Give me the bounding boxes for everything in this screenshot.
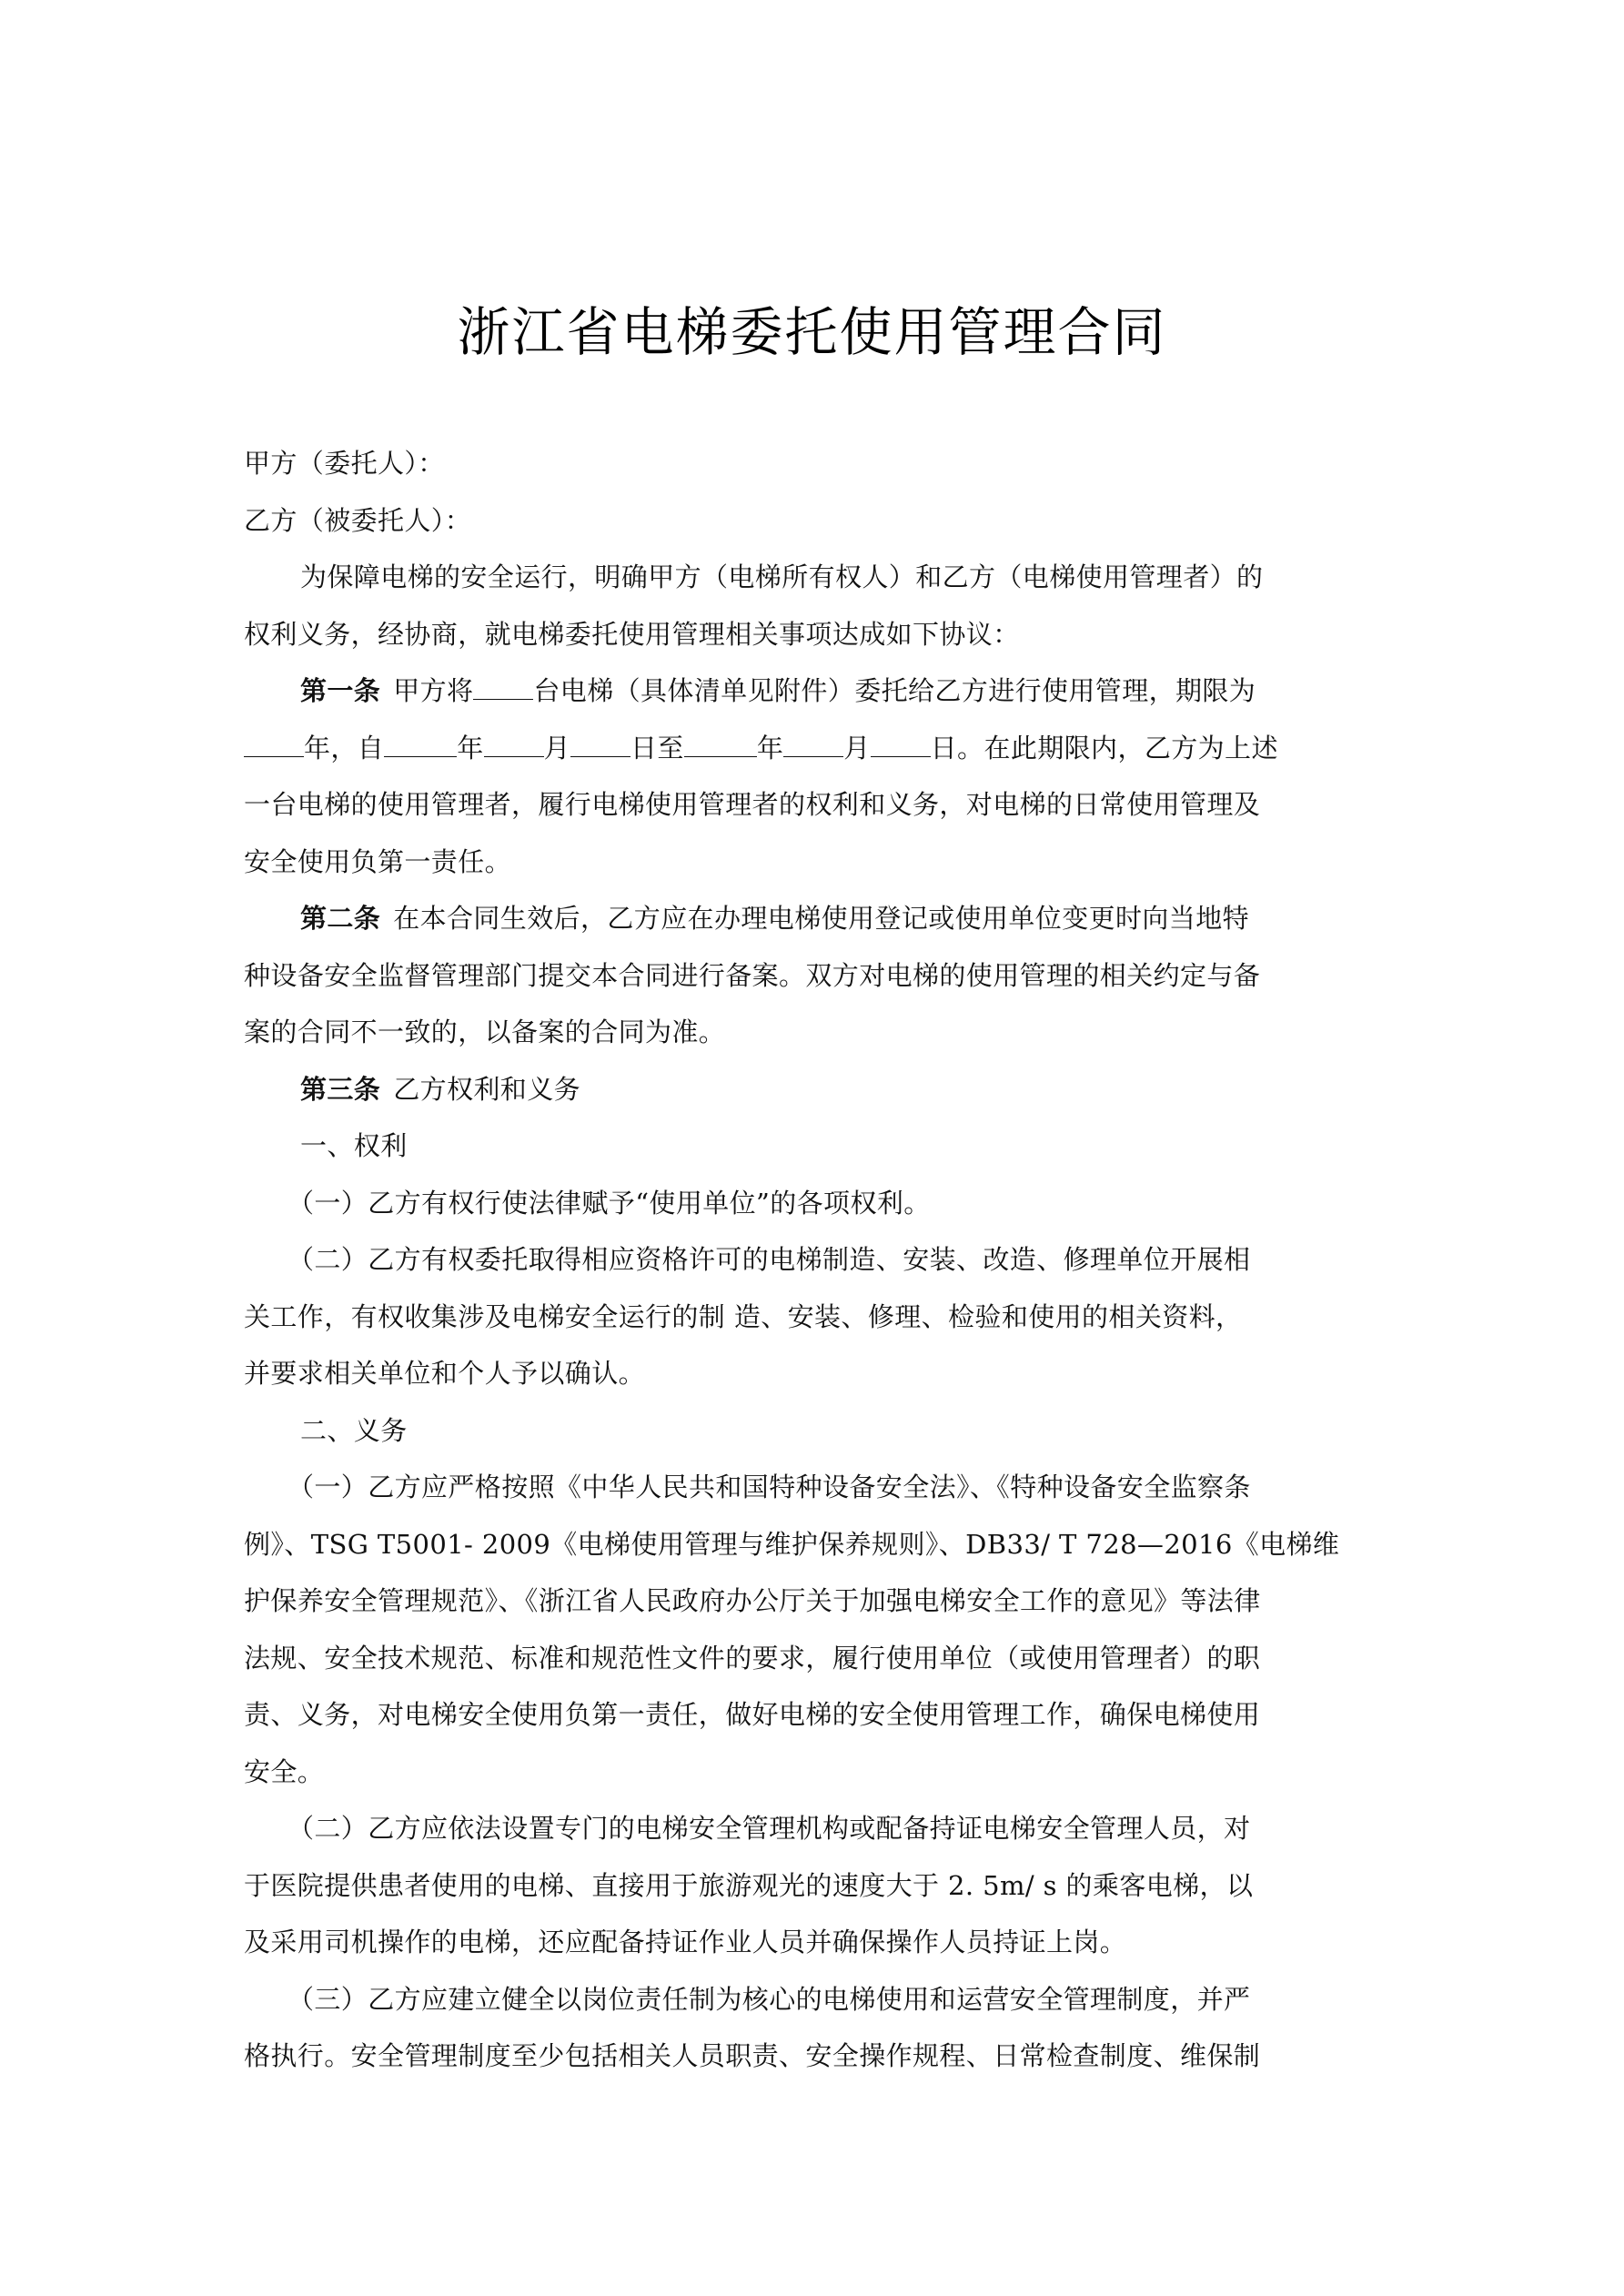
- duties-item-line: 格执行。安全管理制度至少包括相关人员职责、安全操作规程、日常检查制度、维保制: [244, 2028, 1381, 2085]
- article3-line: 第三条乙方权利和义务: [244, 1061, 1381, 1118]
- article2-line: 种设备安全监督管理部门提交本合同进行备案。双方对电梯的使用管理的相关约定与备: [244, 947, 1381, 1005]
- start-day-blank[interactable]: [570, 734, 630, 757]
- document-body: 甲方（委托人）： 乙方（被委托人）： 为保障电梯的安全运行，明确甲方（电梯所有权…: [244, 435, 1381, 2085]
- article1-heading: 第一条: [300, 675, 380, 706]
- party-b-line: 乙方（被委托人）：: [244, 492, 1381, 550]
- article3-heading: 第三条: [300, 1074, 380, 1105]
- start-month-blank[interactable]: [484, 734, 544, 757]
- article1-line: 第一条甲方将台电梯（具体清单见附件）委托给乙方进行使用管理，期限为: [244, 663, 1381, 720]
- duties-item-line: 法规、安全技术规范、标准和规范性文件的要求，履行使用单位（或使用管理者）的职: [244, 1630, 1381, 1687]
- article1-line: 一台电梯的使用管理者，履行电梯使用管理者的权利和义务，对电梯的日常使用管理及: [244, 776, 1381, 834]
- end-month-blank[interactable]: [783, 734, 843, 757]
- elevator-count-blank[interactable]: [473, 677, 533, 700]
- term-years-blank[interactable]: [244, 734, 304, 757]
- duties-item-line: 安全。: [244, 1744, 1381, 1801]
- duties-item-line: 及采用司机操作的电梯，还应配备持证作业人员并确保操作人员持证上岗。: [244, 1914, 1381, 1971]
- article1-line: 安全使用负第一责任。: [244, 834, 1381, 891]
- preamble-line: 为保障电梯的安全运行，明确甲方（电梯所有权人）和乙方（电梯使用管理者）的: [244, 549, 1381, 606]
- article2-heading: 第二条: [300, 903, 380, 934]
- duties-item-line: （一）乙方应严格按照《中华人民共和国特种设备安全法》、《特种设备安全监察条: [244, 1459, 1381, 1516]
- end-day-blank[interactable]: [871, 734, 931, 757]
- preamble-line: 权利义务，经协商，就电梯委托使用管理相关事项达成如下协议：: [244, 606, 1381, 663]
- rights-item-line: 关工作，有权收集涉及电梯安全运行的制 造、安装、修理、检验和使用的相关资料，: [244, 1289, 1381, 1346]
- article2-line: 案的合同不一致的，以备案的合同为准。: [244, 1004, 1381, 1061]
- rights-item-line: （一）乙方有权行使法律赋予“使用单位”的各项权利。: [244, 1175, 1381, 1232]
- duties-item-line: 例》、TSG T5001- 2009《电梯使用管理与维护保养规则》、DB33/ …: [244, 1516, 1381, 1573]
- article1-line: 年，自年月日至年月日。在此期限内，乙方为上述: [244, 720, 1381, 777]
- document-page: 浙江省电梯委托使用管理合同 甲方（委托人）： 乙方（被委托人）： 为保障电梯的安…: [0, 0, 1624, 2296]
- duties-item-line: （二）乙方应依法设置专门的电梯安全管理机构或配备持证电梯安全管理人员，对: [244, 1800, 1381, 1857]
- duties-item-line: （三）乙方应建立健全以岗位责任制为核心的电梯使用和运营安全管理制度，并严: [244, 1971, 1381, 2028]
- start-year-blank[interactable]: [384, 734, 457, 757]
- rights-heading: 一、权利: [244, 1118, 1381, 1175]
- end-year-blank[interactable]: [684, 734, 757, 757]
- duties-item-line: 责、义务，对电梯安全使用负第一责任，做好电梯的安全使用管理工作，确保电梯使用: [244, 1686, 1381, 1744]
- article2-line: 第二条在本合同生效后，乙方应在办理电梯使用登记或使用单位变更时向当地特: [244, 890, 1381, 947]
- rights-item-line: （二）乙方有权委托取得相应资格许可的电梯制造、安装、改造、修理单位开展相: [244, 1231, 1381, 1289]
- duties-heading: 二、义务: [244, 1402, 1381, 1460]
- rights-item-line: 并要求相关单位和个人予以确认。: [244, 1345, 1381, 1402]
- duties-item-line: 护保养安全管理规范》、《浙江省人民政府办公厅关于加强电梯安全工作的意见》等法律: [244, 1573, 1381, 1630]
- party-a-line: 甲方（委托人）：: [244, 435, 1381, 492]
- duties-item-line: 于医院提供患者使用的电梯、直接用于旅游观光的速度大于 2. 5m/ s 的乘客电…: [244, 1857, 1381, 1915]
- document-title: 浙江省电梯委托使用管理合同: [0, 289, 1624, 366]
